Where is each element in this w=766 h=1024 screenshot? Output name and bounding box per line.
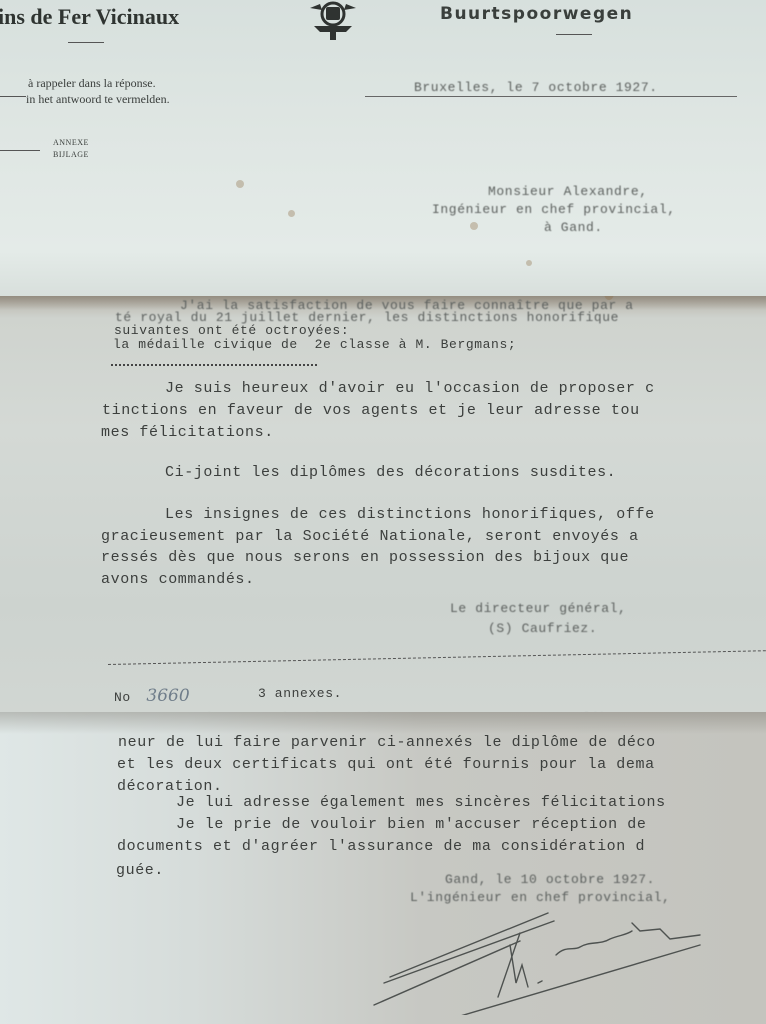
paper-stain — [288, 210, 295, 217]
annex-label-fr: ANNEXE — [53, 138, 89, 147]
intro-line-3: suivantes ont été octroyées: — [114, 323, 349, 338]
addressee-line-1: Monsieur Alexandre, — [488, 184, 648, 199]
para3-line-2: gracieusement par la Société Nationale, … — [101, 528, 639, 545]
paper-stain — [526, 260, 532, 266]
para2-line: Ci-joint les diplômes des décorations su… — [165, 464, 616, 481]
transmittal-line-4: décoration. — [117, 778, 223, 795]
transmittal-line-2: neur de lui faire parvenir ci-annexés le… — [118, 734, 656, 751]
reference-number: No 3660 — [114, 686, 190, 706]
handwritten-number: 3660 — [146, 686, 189, 706]
letterhead-rule-right — [556, 34, 592, 35]
dateline: Bruxelles, le 7 octobre 1927. — [414, 80, 658, 95]
addressee-line-2: Ingénieur en chef provincial, — [432, 202, 676, 217]
reference-rule — [0, 96, 26, 97]
para3-line-1: Les insignes de ces distinctions honorif… — [165, 506, 655, 523]
paper-stain — [236, 180, 244, 188]
para3-line-4: avons commandés. — [101, 571, 255, 588]
intro-line-4: la médaille civique de 2e classe à M. Be… — [113, 337, 516, 352]
transmittal-signatory: L'ingénieur en chef provincial, — [410, 890, 670, 905]
coat-of-arms-emblem — [300, 0, 366, 42]
transmittal-dateline: Gand, le 10 octobre 1927. — [445, 872, 655, 887]
annex-rule — [0, 150, 40, 151]
date-rule — [365, 96, 737, 97]
para1-line-3: mes félicitations. — [101, 424, 274, 441]
addressee-line-3: à Gand. — [544, 220, 603, 235]
signature-title: Le directeur général, — [450, 601, 626, 616]
letterhead-title-fr: ins de Fer Vicinaux — [0, 4, 179, 30]
para1-line-1: Je suis heureux d'avoir eu l'occasion de… — [165, 380, 655, 397]
handwritten-signature — [370, 905, 710, 1015]
annex-count: 3 annexes. — [258, 686, 342, 701]
annex-label-nl: BIJLAGE — [53, 150, 89, 159]
dashed-separator — [108, 650, 766, 665]
transmittal-line-7: documents et d'agréer l'assurance de ma … — [117, 838, 645, 855]
para1-line-2: tinctions en faveur de vos agents et je … — [102, 402, 640, 419]
para3-line-3: ressés dès que nous serons en possession… — [101, 549, 629, 566]
transmittal-line-8: guée. — [116, 862, 164, 879]
letterhead-rule-left — [68, 42, 104, 43]
letter-top-fold: ins de Fer Vicinaux Buurtspoorwegen à ra… — [0, 0, 766, 296]
reference-label-fr: à rappeler dans la réponse. — [28, 76, 156, 91]
dotted-separator — [111, 364, 317, 366]
transmittal-line-6: Je le prie de vouloir bien m'accuser réc… — [176, 816, 646, 833]
number-prefix: No — [114, 690, 131, 705]
signature-name: (S) Caufriez. — [488, 621, 597, 636]
reference-label-nl: in het antwoord te vermelden. — [26, 92, 170, 107]
letterhead-title-nl: Buurtspoorwegen — [440, 4, 633, 24]
paper-stain — [470, 222, 478, 230]
transmittal-line-5: Je lui adresse également mes sincères fé… — [176, 794, 666, 811]
letter-middle-fold: J'ai la satisfaction de vous faire conna… — [0, 296, 766, 740]
transmittal-line-3: et les deux certificats qui ont été four… — [117, 756, 655, 773]
